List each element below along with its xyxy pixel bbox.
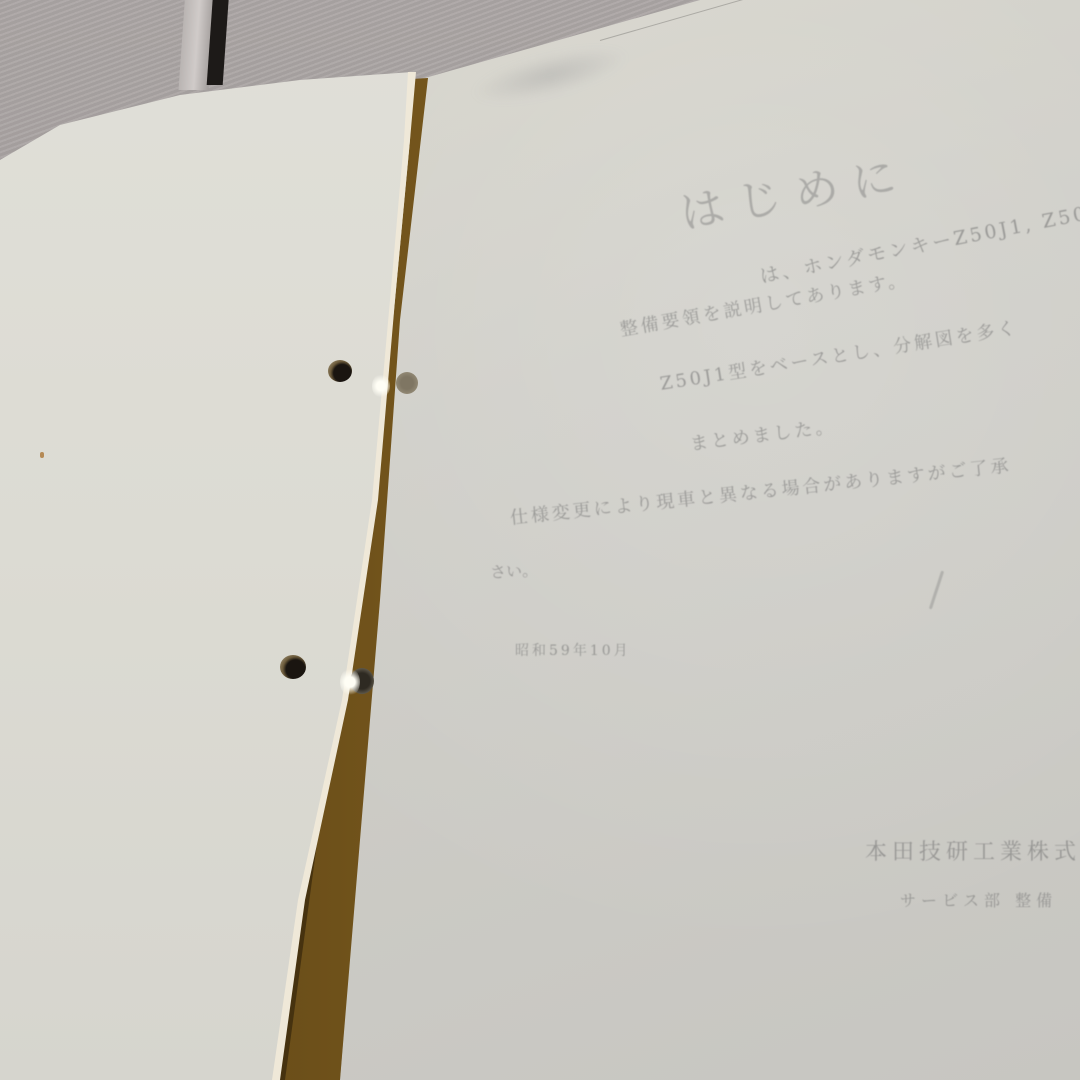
foreword-title: はじめに — [674, 138, 914, 241]
punch-hole-icon — [396, 372, 418, 394]
foreword-line: さい。 — [489, 558, 538, 583]
photo-scene: はじめに は、ホンダモンキーZ50J1, Z50JF 整備要領を説明してあります… — [0, 0, 1080, 1080]
foreword-line: まとめました。 — [688, 412, 837, 456]
light-glint — [372, 374, 390, 398]
paper-speck — [40, 452, 44, 458]
foreword-line: 仕様変更により現車と異なる場合がありますがご了承 — [509, 451, 1013, 530]
punch-hole-icon — [280, 655, 306, 679]
punch-hole-icon — [328, 360, 352, 382]
publication-date: 昭和59年10月 — [515, 640, 631, 660]
company-name: 本田技研工業株式 — [865, 835, 1080, 866]
pen-mark — [929, 571, 944, 610]
light-glint — [340, 668, 360, 696]
department-name: サービス部 整備 — [900, 888, 1057, 911]
